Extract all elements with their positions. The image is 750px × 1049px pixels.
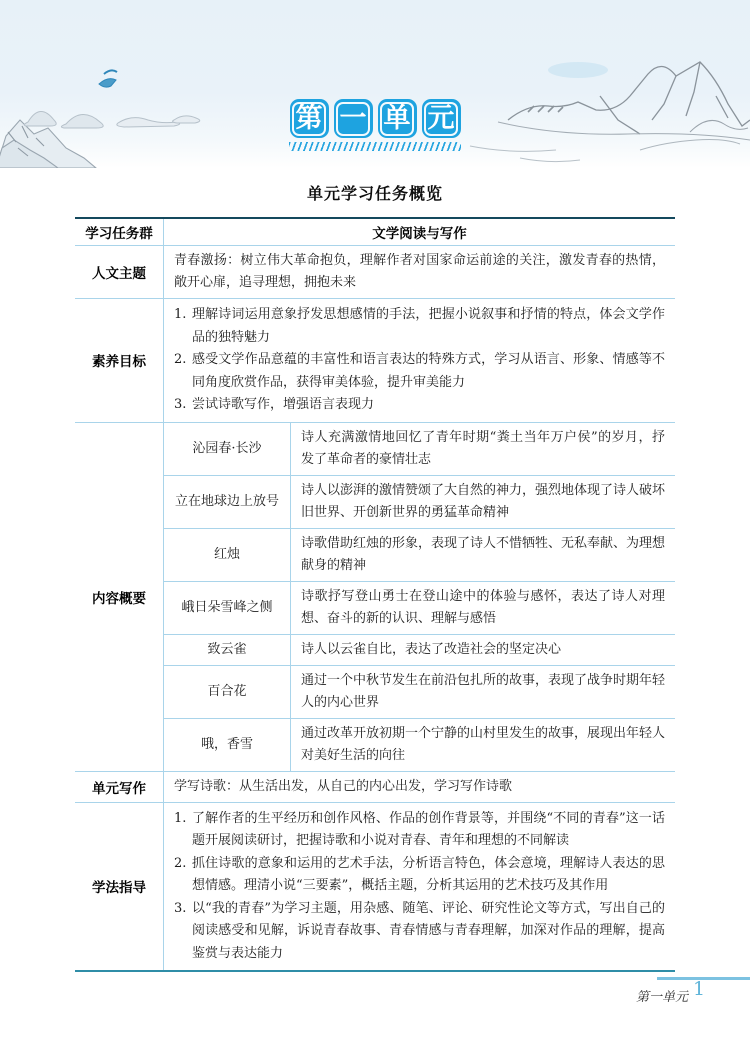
content-summary-subtable: 沁园春·长沙 诗人充满激情地回忆了青年时期“粪土当年万户侯”的岁月，抒发了革命者… (164, 423, 675, 771)
subtable-row: 致云雀 诗人以云雀自比，表达了改造社会的坚定决心 (164, 634, 675, 665)
badge-tile: 第 (290, 99, 329, 138)
poem-title: 红烛 (164, 528, 291, 581)
subtable-row: 哦，香雪 通过改革开放初期一个宁静的山村里发生的故事，展现出年轻人对美好生活的向… (164, 718, 675, 771)
item-number: 2. (174, 853, 192, 898)
item-number: 1. (174, 808, 192, 853)
list-item: 3. 以“我的青春”为学习主题，用杂感、随笔、评论、研究性论文等方式，写出自己的… (174, 898, 665, 966)
badge-tile: 单 (378, 99, 417, 138)
bird-icon (99, 70, 117, 87)
row-header-study-guidance: 学法指导 (75, 802, 164, 971)
table-row: 学法指导 1. 了解作者的生平经历和创作风格、作品的创作背景等，并围绕“不同的青… (75, 802, 675, 971)
literacy-goals-list: 1. 理解诗词运用意象抒发思想感情的手法，把握小说叙事和抒情的特点，体会文学作品… (164, 299, 676, 423)
badge-char: 单 (384, 105, 411, 132)
study-guidance-list: 1. 了解作者的生平经历和创作风格、作品的创作背景等，并围绕“不同的青春”这一话… (164, 802, 676, 971)
badge-tile: 元 (422, 99, 461, 138)
item-text: 感受文学作品意蕴的丰富性和语言表达的特殊方式，学习从语言、形象、情感等不同角度欣… (192, 349, 665, 394)
poem-title: 沁园春·长沙 (164, 423, 291, 476)
list-item: 3. 尝试诗歌写作，增强语言表现力 (174, 394, 665, 417)
subtable-row: 红烛 诗歌借助红烛的形象，表现了诗人不惜牺牲、无私奉献、为理想献身的精神 (164, 528, 675, 581)
unit-writing-text: 学写诗歌：从生活出发，从自己的内心出发，学习写作诗歌 (164, 771, 676, 802)
page-number: 1 (693, 980, 705, 999)
poem-desc: 诗人以澎湃的激情赞颂了大自然的神力，强烈地体现了诗人破坏旧世界、开创新世界的勇猛… (291, 475, 676, 528)
badge-tile: 一 (334, 99, 373, 138)
subtable-row: 立在地球边上放号 诗人以澎湃的激情赞颂了大自然的神力，强烈地体现了诗人破坏旧世界… (164, 475, 675, 528)
poem-desc: 诗歌抒写登山勇士在登山途中的体验与感怀，表达了诗人对理想、奋斗的新的认识、理解与… (291, 581, 676, 634)
list-item: 2. 感受文学作品意蕴的丰富性和语言表达的特殊方式，学习从语言、形象、情感等不同… (174, 349, 665, 394)
row-header-content-summary: 内容概要 (75, 422, 164, 771)
list-item: 2. 抓住诗歌的意象和运用的艺术手法，分析语言特色，体会意境，理解诗人表达的思想… (174, 853, 665, 898)
table-row: 单元写作 学写诗歌：从生活出发，从自己的内心出发，学习写作诗歌 (75, 771, 675, 802)
poem-title: 峨日朵雪峰之侧 (164, 581, 291, 634)
list-item: 1. 了解作者的生平经历和创作风格、作品的创作背景等，并围绕“不同的青春”这一话… (174, 808, 665, 853)
item-number: 2. (174, 349, 192, 394)
poem-desc: 诗人以云雀自比，表达了改造社会的坚定决心 (291, 634, 676, 665)
footer-unit-label: 第一单元 (560, 986, 688, 1005)
table-row: 内容概要 沁园春·长沙 诗人充满激情地回忆了青年时期“粪土当年万户侯”的岁月，抒… (75, 422, 675, 771)
item-text: 以“我的青春”为学习主题，用杂感、随笔、评论、研究性论文等方式，写出自己的阅读感… (192, 898, 665, 966)
item-number: 1. (174, 304, 192, 349)
poem-desc: 诗人充满激情地回忆了青年时期“粪土当年万户侯”的岁月，抒发了革命者的豪情壮志 (291, 423, 676, 476)
row-header-humanities-theme: 人文主题 (75, 246, 164, 299)
item-number: 3. (174, 394, 192, 417)
item-text: 抓住诗歌的意象和运用的艺术手法，分析语言特色，体会意境，理解诗人表达的思想情感。… (192, 853, 665, 898)
item-text: 了解作者的生平经历和创作风格、作品的创作背景等，并围绕“不同的青春”这一话题开展… (192, 808, 665, 853)
row-header-unit-writing: 单元写作 (75, 771, 164, 802)
item-text: 理解诗词运用意象抒发思想感情的手法，把握小说叙事和抒情的特点，体会文学作品的独特… (192, 304, 665, 349)
poem-title: 百合花 (164, 665, 291, 718)
humanities-theme-text: 青春激扬：树立伟大革命抱负，理解作者对国家命运前途的关注，激发青春的热情，敞开心… (164, 246, 676, 299)
content-summary-cell: 沁园春·长沙 诗人充满激情地回忆了青年时期“粪土当年万户侯”的岁月，抒发了革命者… (164, 422, 676, 771)
table-row: 学习任务群 文学阅读与写作 (75, 218, 675, 246)
subtable-row: 沁园春·长沙 诗人充满激情地回忆了青年时期“粪土当年万户侯”的岁月，抒发了革命者… (164, 423, 675, 476)
unit-badge: 第 一 单 元 (0, 99, 750, 138)
header-band: 第 一 单 元 (0, 0, 750, 168)
hatch-stripe (289, 142, 461, 151)
table-row: 素养目标 1. 理解诗词运用意象抒发思想感情的手法，把握小说叙事和抒情的特点，体… (75, 299, 675, 423)
poem-desc: 通过改革开放初期一个宁静的山村里发生的故事，展现出年轻人对美好生活的向往 (291, 718, 676, 771)
cloud-wash (548, 62, 608, 78)
badge-char: 第 (296, 105, 323, 132)
table-row: 人文主题 青春激扬：树立伟大革命抱负，理解作者对国家命运前途的关注，激发青春的热… (75, 246, 675, 299)
poem-title: 立在地球边上放号 (164, 475, 291, 528)
item-text: 尝试诗歌写作，增强语言表现力 (192, 394, 665, 417)
overview-table: 学习任务群 文学阅读与写作 人文主题 青春激扬：树立伟大革命抱负，理解作者对国家… (75, 217, 675, 972)
poem-desc: 通过一个中秋节发生在前沿包扎所的故事，表现了战争时期年轻人的内心世界 (291, 665, 676, 718)
row-header-literacy-goals: 素养目标 (75, 299, 164, 423)
badge-char: 一 (340, 105, 367, 132)
badge-char: 元 (428, 105, 455, 132)
subtable-row: 百合花 通过一个中秋节发生在前沿包扎所的故事，表现了战争时期年轻人的内心世界 (164, 665, 675, 718)
row-header-task-group: 学习任务群 (75, 218, 164, 246)
poem-title: 哦，香雪 (164, 718, 291, 771)
page-title: 单元学习任务概览 (0, 181, 750, 204)
list-item: 1. 理解诗词运用意象抒发思想感情的手法，把握小说叙事和抒情的特点，体会文学作品… (174, 304, 665, 349)
poem-title: 致云雀 (164, 634, 291, 665)
subtable-row: 峨日朵雪峰之侧 诗歌抒写登山勇士在登山途中的体验与感怀，表达了诗人对理想、奋斗的… (164, 581, 675, 634)
item-number: 3. (174, 898, 192, 966)
poem-desc: 诗歌借助红烛的形象，表现了诗人不惜牺牲、无私奉献、为理想献身的精神 (291, 528, 676, 581)
task-group-value: 文学阅读与写作 (164, 218, 676, 246)
